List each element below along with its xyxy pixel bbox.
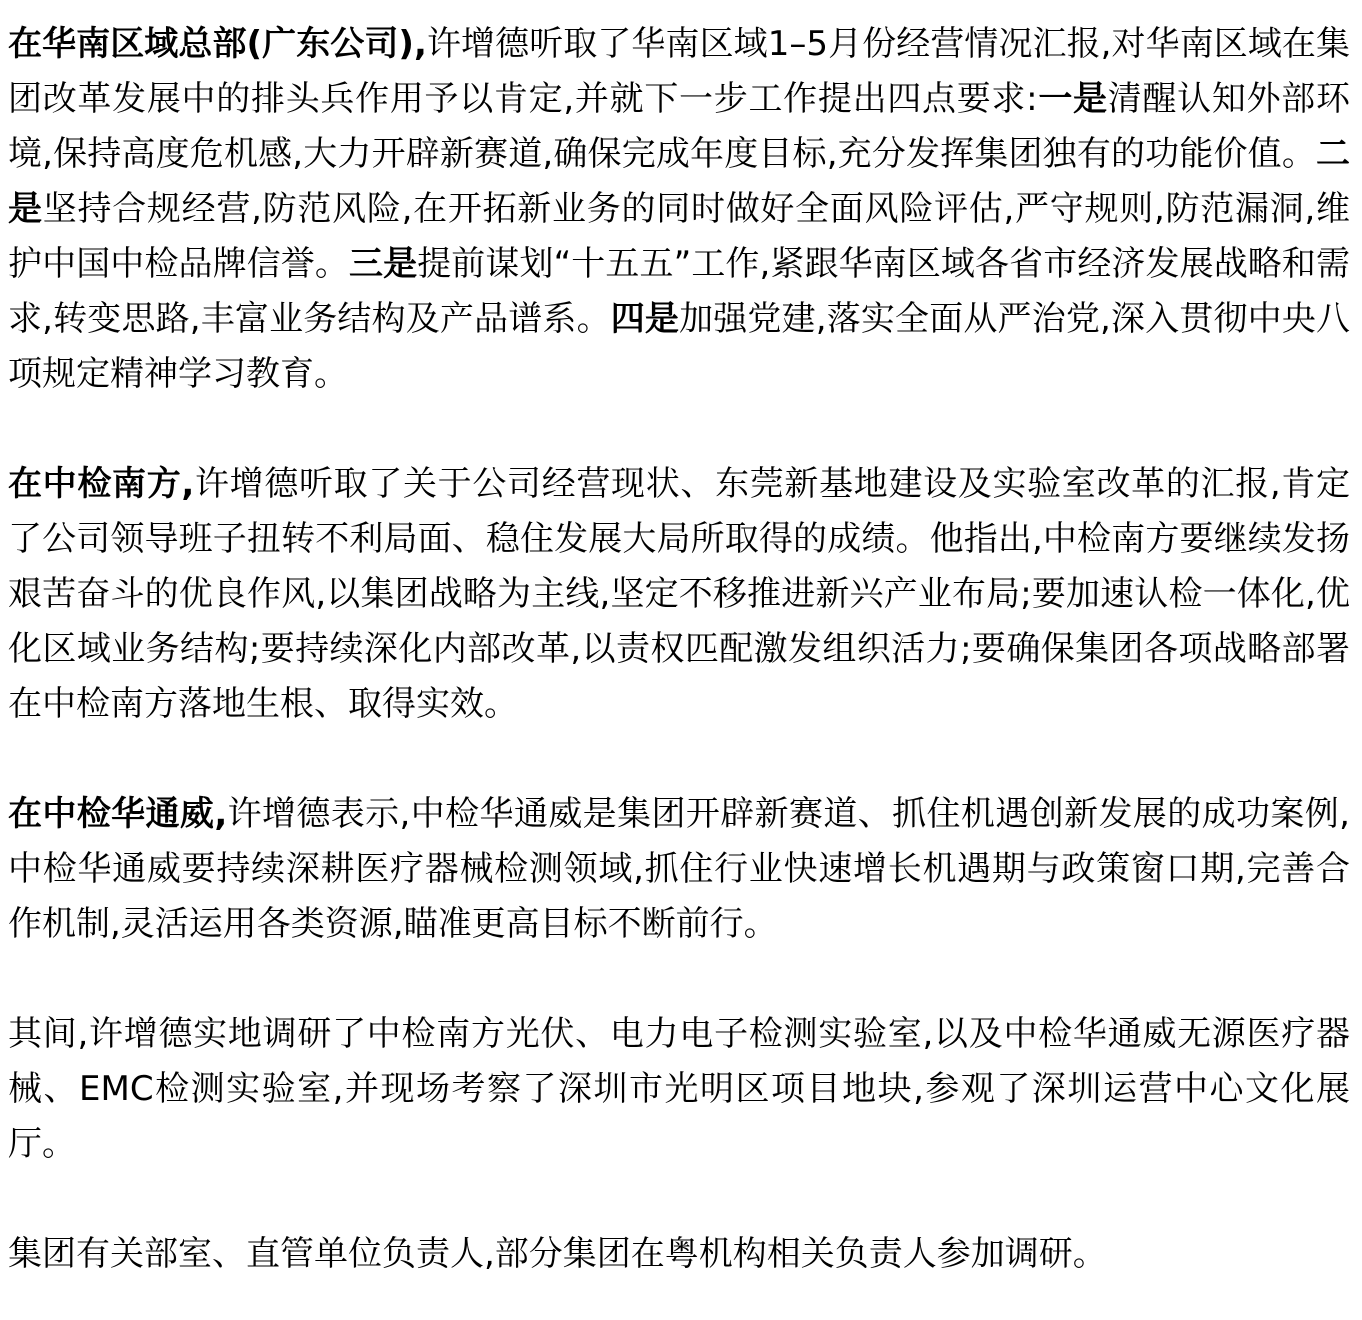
text-run-bold: 三是 [349, 244, 417, 284]
article-body: 在华南区域总部(广东公司),许增德听取了华南区域1–5月份经营情况汇报,对华南区… [0, 0, 1362, 1305]
text-run: 许增德听取了关于公司经营现状、东莞新基地建设及实验室改革的汇报,肯定了公司领导班… [8, 464, 1350, 724]
text-run: 集团有关部室、直管单位负责人,部分集团在粤机构相关负责人参加调研。 [8, 1234, 1107, 1274]
text-run: 其间,许增德实地调研了中检南方光伏、电力电子检测实验室,以及中检华通威无源医疗器… [8, 1014, 1350, 1164]
text-run-bold: 在中检华通威, [8, 794, 227, 834]
paragraph: 在中检南方,许增德听取了关于公司经营现状、东莞新基地建设及实验室改革的汇报,肯定… [8, 457, 1350, 732]
text-run-bold: 在华南区域总部(广东公司), [8, 24, 427, 64]
paragraph: 在中检华通威,许增德表示,中检华通威是集团开辟新赛道、抓住机遇创新发展的成功案例… [8, 787, 1350, 952]
paragraph: 其间,许增德实地调研了中检南方光伏、电力电子检测实验室,以及中检华通威无源医疗器… [8, 1007, 1350, 1172]
text-run-bold: 在中检南方, [8, 464, 194, 504]
paragraph: 在华南区域总部(广东公司),许增德听取了华南区域1–5月份经营情况汇报,对华南区… [8, 17, 1350, 402]
text-run-bold: 一是 [1038, 79, 1108, 119]
text-run-bold: 四是 [611, 299, 679, 339]
paragraph: 集团有关部室、直管单位负责人,部分集团在粤机构相关负责人参加调研。 [8, 1227, 1350, 1282]
